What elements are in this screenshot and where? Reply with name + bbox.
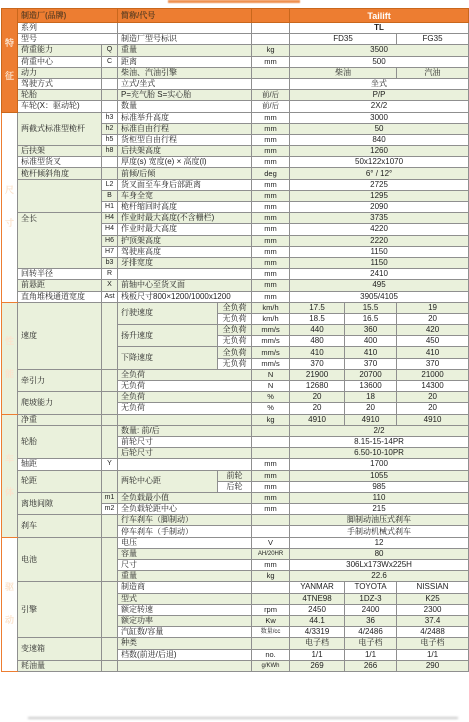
section-label-text: 尺寸 [2,186,17,228]
unit-cell: mm [252,202,290,213]
spec-desc: 前轴中心至货叉面 [118,280,252,291]
unit-cell: deg [252,168,290,179]
unit-cell: mm [252,470,290,481]
unit-cell: mm [252,269,290,280]
value-cell: 1/1 [345,649,397,660]
spec-desc: 下降速度 [118,347,218,369]
symbol-cell [102,67,118,78]
spec-desc: 驾驶座高度 [118,246,252,257]
load-state: 无负荷 [218,313,252,324]
row-label: 后扶架 [18,146,102,157]
symbol-cell [102,537,118,582]
spec-desc: 行车刹车（脚制动） [118,515,252,526]
unit-cell: km/h [252,302,290,313]
row-label [18,179,102,213]
value-cell: 2220 [290,235,469,246]
value-cell: 37.4 [397,615,469,626]
unit-cell: mm [252,190,290,201]
value-cell: 15.5 [345,302,397,313]
spec-desc: 车身全宽 [118,190,252,201]
value-cell: 1295 [290,190,469,201]
value-cell: 400 [345,336,397,347]
section-label: 驱动 [2,537,18,671]
spec-desc: 停车刹车（手制动） [118,526,252,537]
spec-desc: 额定功率 [118,615,252,626]
value-cell: 8.15-15-14PR [290,436,469,447]
symbol-cell: L2 [102,179,118,190]
row-label: 回转半径 [18,269,102,280]
spec-table: 特征制造厂(品牌)简称/代号Tailift系列TL型号制造厂型号标识FD35FG… [1,8,469,672]
value-cell: 3905/4105 [290,291,469,302]
symbol-cell [102,515,118,537]
value-cell: 4/2486 [345,627,397,638]
spec-desc: 前倾/后倾 [118,168,252,179]
value-cell: 4910 [345,414,397,425]
row-label: 动力 [18,67,102,78]
symbol-cell: h3 [102,112,118,123]
unit-cell: mm [252,492,290,503]
section-label: 性能 [2,302,18,414]
spec-desc: 柴油、汽油引擎 [118,67,252,78]
value-cell: 450 [397,336,469,347]
spec-desc: 前轮尺寸 [118,436,252,447]
spec-desc: P=充气胎 S=实心胎 [118,90,252,101]
spec-desc: 作业时最大高度(不含栅栏) [118,213,252,224]
spec-desc: 护顶架高度 [118,235,252,246]
value-cell: TL [290,23,469,34]
symbol-cell [102,582,118,638]
unit-cell: V [252,537,290,548]
value-cell: 360 [345,325,397,336]
value-cell: 290 [397,660,469,671]
unit-cell: g/KWh [252,660,290,671]
value-cell: 20 [397,313,469,324]
value-cell: 2090 [290,202,469,213]
value-cell: 13600 [345,381,397,392]
row-label: 型号 [18,34,118,45]
unit-cell: mm [252,157,290,168]
value-cell: 20 [345,403,397,414]
value-cell: 44.1 [290,615,345,626]
value-cell: 4910 [397,414,469,425]
symbol-cell: Y [102,459,118,470]
row-label: 离地间隙 [18,492,102,514]
spec-desc: 重量 [118,45,252,56]
header-cell [252,9,290,23]
symbol-cell: H7 [102,246,118,257]
value-cell: 电子档 [345,638,397,649]
value-cell: 110 [290,492,469,503]
value-cell: 2725 [290,179,469,190]
value-cell: 18.5 [290,313,345,324]
unit-cell: mm [252,257,290,268]
unit-cell [252,582,290,593]
symbol-cell: m1 [102,492,118,503]
value-cell: 16.5 [345,313,397,324]
value-cell: 6° / 12° [290,168,469,179]
unit-cell: % [252,392,290,403]
value-cell: TOYOTA [345,582,397,593]
row-label: 轮距 [18,470,102,492]
value-cell: 20 [290,403,345,414]
value-cell: 手制动机械式刹车 [290,526,469,537]
symbol-cell: H4 [102,224,118,235]
unit-cell: mm [252,134,290,145]
unit-cell: mm [252,246,290,257]
row-label: 轮胎 [18,90,102,101]
unit-cell [252,67,290,78]
value-cell: 2300 [397,604,469,615]
symbol-cell: H6 [102,235,118,246]
spec-desc: 种类 [118,638,252,649]
value-cell: NISSIAN [397,582,469,593]
symbol-cell: X [102,280,118,291]
value-cell: 4/3319 [290,627,345,638]
unit-cell: % [252,403,290,414]
value-cell: 3500 [290,45,469,56]
section-label-text: 特征 [2,39,17,81]
value-cell: 1/1 [397,649,469,660]
value-cell: 440 [290,325,345,336]
row-label: 直角堆栈通道宽度 [18,291,102,302]
spec-desc: 无负荷 [118,403,252,414]
value-cell: 840 [290,134,469,145]
spec-desc: 档数(前进/后退) [118,649,252,660]
value-cell: 4910 [290,414,345,425]
spec-desc: 尺寸 [118,560,252,571]
value-cell: 1150 [290,257,469,268]
value-cell: 4TNE98 [290,593,345,604]
unit-cell [252,515,290,526]
value-cell: 柴油 [290,67,397,78]
value-cell: 12680 [290,381,345,392]
value-cell: 2400 [345,604,397,615]
unit-cell: mm [252,179,290,190]
spec-desc: 全负荷 [118,369,252,380]
value-cell: 脚制动油压式刹车 [290,515,469,526]
symbol-cell: C [102,56,118,67]
spec-desc: 栈板尺寸800×1200/1000x1200 [118,291,252,302]
row-label: 变速箱 [18,638,102,660]
row-label: 引擎 [18,582,102,638]
symbol-cell [102,168,118,179]
unit-cell [252,78,290,89]
value-cell: 22.6 [290,571,469,582]
value-cell: K25 [397,593,469,604]
spec-desc: 容量 [118,548,252,559]
load-state: 全负荷 [218,302,252,313]
value-cell: 495 [290,280,469,291]
symbol-cell [102,660,118,671]
value-cell: 坐式 [290,78,469,89]
spec-desc [118,23,252,34]
unit-cell: N [252,381,290,392]
row-label: 电池 [18,537,102,582]
spec-desc: 数量 [118,101,252,112]
row-label: 速度 [18,302,102,369]
spec-desc: 全负荷 [118,392,252,403]
symbol-cell [102,157,118,168]
value-cell: 370 [345,358,397,369]
unit-cell: mm [252,112,290,123]
unit-cell: mm/s [252,325,290,336]
value-cell: 20700 [345,369,397,380]
row-label: 轴距 [18,459,102,470]
row-label: 爬坡能力 [18,392,102,414]
value-cell: 269 [290,660,345,671]
value-cell: 1DZ-3 [345,593,397,604]
spec-desc: 无负荷 [118,381,252,392]
spec-desc: 全负载最小值 [118,492,252,503]
value-cell: 370 [290,358,345,369]
unit-cell: km/h [252,313,290,324]
load-state: 后轮 [218,481,252,492]
unit-cell [252,638,290,649]
spec-desc: 型式 [118,593,252,604]
section-label-text: 性能 [2,337,17,379]
spec-desc: 距离 [118,56,252,67]
row-label: 前悬距 [18,280,102,291]
spec-table-body: 特征制造厂(品牌)简称/代号Tailift系列TL型号制造厂型号标识FD35FG… [2,9,469,672]
value-cell: 17.5 [290,302,345,313]
spec-desc: 重量 [118,571,252,582]
value-cell: 266 [345,660,397,671]
unit-cell: 数量/cc [252,627,290,638]
unit-cell [252,593,290,604]
value-cell: 80 [290,548,469,559]
section-label: 尺寸 [2,112,18,302]
spec-desc: 厚度(s) 宽度(e) × 高度(l) [118,157,252,168]
spec-desc: 两轮中心距 [118,470,218,492]
value-cell: P/P [290,90,469,101]
value-cell: 420 [397,325,469,336]
symbol-cell [102,414,118,425]
symbol-cell: h2 [102,123,118,134]
header-cell: 简称/代号 [118,9,252,23]
unit-cell: mm [252,291,290,302]
value-cell: 985 [290,481,469,492]
spec-desc: 制造厂型号标识 [118,34,252,45]
value-cell: 20 [290,392,345,403]
value-cell: 306Lx173Wx225H [290,560,469,571]
spec-desc: 立式/坐式 [118,78,252,89]
section-label: 特征 [2,9,18,113]
unit-cell: 前/后 [252,101,290,112]
value-cell: 500 [290,56,469,67]
unit-cell [252,23,290,34]
value-cell: 14300 [397,381,469,392]
value-cell: 20 [397,392,469,403]
spec-desc: 额定转速 [118,604,252,615]
section-label: 车体 [2,414,18,537]
value-cell: 3735 [290,213,469,224]
row-label: 刹车 [18,515,102,537]
value-cell: 20 [397,403,469,414]
spec-desc [118,269,252,280]
value-cell: 21000 [397,369,469,380]
header-cell: 制造厂(品牌) [18,9,118,23]
symbol-cell [102,425,118,459]
symbol-cell [102,369,118,391]
spec-desc: 行驶速度 [118,302,218,324]
symbol-cell [102,101,118,112]
row-label: 耗油量 [18,660,102,671]
spec-desc: 后轮尺寸 [118,448,252,459]
symbol-cell [102,470,118,492]
symbol-cell: Ast [102,291,118,302]
value-cell: 2/2 [290,425,469,436]
unit-cell: mm [252,280,290,291]
unit-cell: kg [252,45,290,56]
spec-desc [118,414,252,425]
unit-cell [252,34,290,45]
unit-cell: 前/后 [252,90,290,101]
unit-cell: mm [252,481,290,492]
value-cell: 6.50-10-10PR [290,448,469,459]
value-cell: 1260 [290,146,469,157]
row-label: 全长 [18,213,102,269]
section-label-text: 车体 [2,455,17,497]
unit-cell: mm [252,146,290,157]
row-label: 牵引力 [18,369,102,391]
symbol-cell [102,302,118,369]
value-cell: 电子档 [290,638,345,649]
value-cell: 19 [397,302,469,313]
spec-desc: 电压 [118,537,252,548]
spec-desc: 后扶架高度 [118,146,252,157]
symbol-cell: H4 [102,213,118,224]
value-cell: 480 [290,336,345,347]
symbol-cell [102,78,118,89]
value-cell: 410 [397,347,469,358]
value-cell: 410 [290,347,345,358]
load-state: 无负荷 [218,358,252,369]
value-cell: 50x122x1070 [290,157,469,168]
spec-desc [118,459,252,470]
value-cell: 2410 [290,269,469,280]
cropped-footnote-remnant [28,717,458,719]
value-cell: 370 [397,358,469,369]
value-cell: 12 [290,537,469,548]
unit-cell: AH/20HR [252,548,290,559]
value-cell: 汽油 [397,67,469,78]
row-label: 荷重中心 [18,56,102,67]
row-label: 系列 [18,23,118,34]
row-label: 车轮(X：驱动轮) [18,101,102,112]
unit-cell: mm [252,224,290,235]
row-label: 驾驶方式 [18,78,102,89]
symbol-cell [102,392,118,414]
value-cell: YANMAR [290,582,345,593]
unit-cell: mm [252,213,290,224]
section-label-text: 驱动 [2,583,17,625]
value-cell: 1055 [290,470,469,481]
symbol-cell: R [102,269,118,280]
spec-desc: 标准举升高度 [118,112,252,123]
value-cell: 50 [290,123,469,134]
value-cell: 3000 [290,112,469,123]
row-label: 标准型货叉 [18,157,102,168]
unit-cell: mm/s [252,347,290,358]
unit-cell: kg [252,414,290,425]
value-cell: 2X/2 [290,101,469,112]
unit-cell: mm/s [252,336,290,347]
unit-cell [252,448,290,459]
symbol-cell: h5 [102,134,118,145]
row-label: 轮胎 [18,425,102,459]
unit-cell: kg [252,571,290,582]
spec-desc: 标准自由行程 [118,123,252,134]
value-cell: 410 [345,347,397,358]
unit-cell: mm [252,560,290,571]
unit-cell [252,526,290,537]
spec-desc: 数量: 前/后 [118,425,252,436]
spec-desc: 货柜型自由行程 [118,134,252,145]
spec-desc: 货叉面至车身后部距离 [118,179,252,190]
load-state: 前轮 [218,470,252,481]
symbol-cell: B [102,190,118,201]
symbol-cell: b3 [102,257,118,268]
symbol-cell: h8 [102,146,118,157]
spec-desc: 制造商 [118,582,252,593]
spec-desc: 扬升速度 [118,325,218,347]
unit-cell: mm [252,123,290,134]
value-cell: 4/2488 [397,627,469,638]
value-cell: 18 [345,392,397,403]
row-label: 两截式标准型桅杆 [18,112,102,146]
value-cell: FD35 [290,34,397,45]
load-state: 全负荷 [218,325,252,336]
value-cell: 215 [290,504,469,515]
unit-cell: no. [252,649,290,660]
value-cell: 电子档 [397,638,469,649]
value-cell: 2450 [290,604,345,615]
unit-cell: Kw [252,615,290,626]
unit-cell [252,436,290,447]
symbol-cell [102,638,118,660]
value-cell: 1150 [290,246,469,257]
unit-cell: mm [252,235,290,246]
unit-cell: mm [252,459,290,470]
load-state: 全负荷 [218,347,252,358]
unit-cell: mm [252,56,290,67]
unit-cell: N [252,369,290,380]
value-cell: 4220 [290,224,469,235]
unit-cell: mm/s [252,358,290,369]
row-label: 桅杆倾斜角度 [18,168,102,179]
spec-desc: 牙排宽度 [118,257,252,268]
unit-cell: rpm [252,604,290,615]
row-label: 净重 [18,414,102,425]
header-cell: Tailift [290,9,469,23]
value-cell: 1700 [290,459,469,470]
spec-desc: 全负载轮距中心 [118,504,252,515]
row-label: 荷重能力 [18,45,102,56]
value-cell: 21900 [290,369,345,380]
unit-cell [252,425,290,436]
value-cell: FG35 [397,34,469,45]
value-cell: 36 [345,615,397,626]
symbol-cell [102,90,118,101]
load-state: 无负荷 [218,336,252,347]
symbol-cell: Q [102,45,118,56]
spec-desc: 汽缸数/容量 [118,627,252,638]
symbol-cell: H1 [102,202,118,213]
spec-desc [118,660,252,671]
unit-cell: mm [252,504,290,515]
spec-desc: 作业时最大高度 [118,224,252,235]
cropped-title-remnant [168,0,300,3]
